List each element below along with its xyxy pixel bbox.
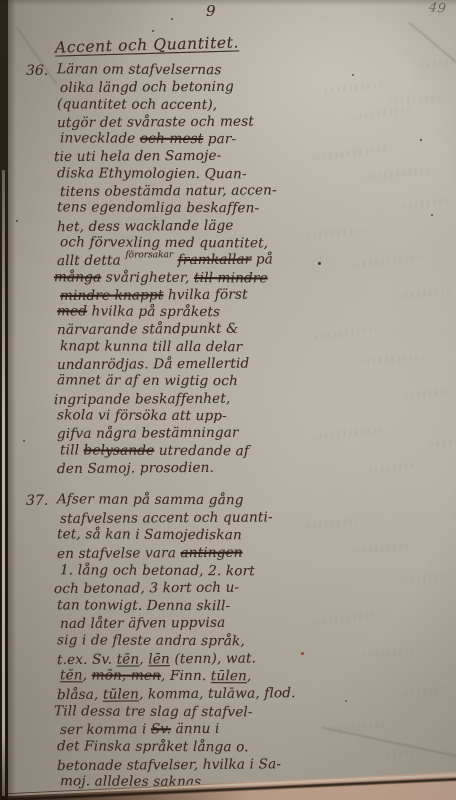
folio-number: 49 xyxy=(428,0,446,17)
text-segment: ingripande beskaffenhet, xyxy=(54,390,231,407)
text-segment: blåsa, xyxy=(57,687,103,703)
text-segment: Sv. xyxy=(151,722,171,738)
manuscript-line: Afser man på samma gång xyxy=(57,491,330,510)
show-through-mark xyxy=(352,106,412,121)
manuscript-line: betonade stafvelser, hvilka i Sa- xyxy=(57,756,330,776)
text-segment: , xyxy=(247,669,252,685)
text-segment: ämnet är af en wigtig och xyxy=(57,373,238,390)
text-segment: gifva några bestämningar xyxy=(57,425,239,442)
show-through-mark xyxy=(388,94,443,106)
manuscript-line: och förvexling med quantitet, xyxy=(60,234,330,253)
show-through-mark xyxy=(368,747,426,759)
text-segment: titens obestämda natur, accen- xyxy=(60,182,277,200)
show-through-mark xyxy=(398,572,448,584)
manuscript-line: skola vi försöka att upp- xyxy=(57,407,330,426)
text-segment: hvilka först xyxy=(163,286,247,303)
text-segment: 1. lång och betonad, 2. kort xyxy=(60,562,255,579)
manuscript-line: den Samoj. prosodien. xyxy=(57,459,330,478)
text-segment: mōn, men xyxy=(92,668,161,684)
text-segment: hvilka på språkets xyxy=(87,304,220,321)
text-segment: tūlen xyxy=(211,668,247,684)
text-segment: nad låter äfven uppvisa xyxy=(60,615,225,632)
manuscript-line: diska Ethymologien. Quan- xyxy=(57,165,330,184)
paragraph-number: 37. xyxy=(26,493,48,509)
manuscript-line: till belysande utredande af xyxy=(60,442,330,461)
text-segment: , komma, tulāwa, flod. xyxy=(139,685,296,702)
manuscript-line: (quantitet och accent), xyxy=(57,96,330,115)
manuscript-line: 1. lång och betonad, 2. kort xyxy=(60,562,330,581)
text-segment: tĕn xyxy=(60,668,83,684)
show-through-mark xyxy=(398,287,452,300)
manuscript-line: tie uti hela den Samoje- xyxy=(54,147,330,166)
text-segment: stafvelsens accent och quanti- xyxy=(60,509,273,527)
show-through-mark xyxy=(404,387,451,400)
ink-speck xyxy=(152,30,154,32)
text-segment: betonade stafvelser, hvilka i Sa- xyxy=(57,756,281,774)
manuscript-line: sig i de fleste andra språk, xyxy=(57,632,330,651)
text-segment: och betonad, 3 kort och u- xyxy=(54,580,239,597)
text-segment: sig i de fleste andra språk, xyxy=(57,632,245,649)
manuscript-line: tĕn, mōn, men, Finn. tūlen, xyxy=(60,668,330,687)
page-edge-highlight xyxy=(2,170,5,796)
text-segment: närvarande ståndpunkt & xyxy=(57,321,238,338)
manuscript-line: olika längd och betoning xyxy=(60,78,330,97)
manuscript-photo: 9 49 Accent och Quantitet. 36.Läran om s… xyxy=(0,0,456,800)
text-segment: många xyxy=(54,269,101,285)
manuscript-line: het, dess wacklande läge xyxy=(57,217,330,236)
text-segment: , xyxy=(83,668,92,684)
text-segment: Afser man på samma gång xyxy=(57,491,244,508)
text-segment: på xyxy=(251,252,273,268)
text-segment: tens egendomliga beskaffen- xyxy=(57,200,259,217)
page-number: 9 xyxy=(206,2,216,20)
text-segment: utgör det svåraste och mest xyxy=(57,113,254,131)
manuscript-line: utgör det svåraste och mest xyxy=(57,113,330,132)
paragraph-number: 36. xyxy=(26,63,48,79)
text-segment: Läran om stafvelsernas xyxy=(57,61,222,78)
text-segment: undanrödjas. Då emellertid xyxy=(57,356,249,374)
show-through-mark xyxy=(398,685,454,699)
show-through-mark xyxy=(350,254,422,270)
manuscript-line: tens egendomliga beskaffen- xyxy=(57,200,330,219)
text-segment: mindre knappt xyxy=(60,287,164,304)
manuscript-line: gifva några bestämningar xyxy=(57,424,330,443)
text-segment: ännu i xyxy=(171,721,220,737)
section-title: Accent och Quantitet. xyxy=(55,33,239,56)
ink-speck xyxy=(420,139,422,141)
spine-shadow xyxy=(8,0,16,800)
text-segment: utredande af xyxy=(154,442,249,458)
manuscript-line: det Finska språket långa o. xyxy=(57,738,330,757)
text-segment: till xyxy=(60,442,84,458)
text-segment: den Samoj. prosodien. xyxy=(57,460,214,477)
manuscript-line: mindre knappt hvilka först xyxy=(60,286,330,305)
manuscript-line: närvarande ståndpunkt & xyxy=(57,320,330,339)
text-segment: invecklade xyxy=(60,130,140,146)
text-segment: tan tonwigt. Denna skill- xyxy=(57,597,230,614)
text-segment: diska Ethymologien. Quan- xyxy=(57,165,247,182)
text-segment: och mest xyxy=(140,131,204,147)
ink-speck xyxy=(352,74,354,76)
text-segment: par- xyxy=(203,131,236,147)
text-segment: (tenn), wat. xyxy=(170,650,256,667)
manuscript-line: och betonad, 3 kort och u- xyxy=(54,579,330,599)
text-segment: skola vi försöka att upp- xyxy=(57,407,227,424)
text-segment: tēn xyxy=(117,651,140,667)
text-segment: (quantitet och accent), xyxy=(57,96,217,113)
text-segment: tŭlen xyxy=(103,686,139,702)
text-segment: tet, så kan i Samojediskan xyxy=(57,527,242,544)
manuscript-line: blåsa, tŭlen, komma, tulāwa, flod. xyxy=(57,685,330,705)
text-segment: det Finska språket långa o. xyxy=(57,738,249,755)
text-segment: lēn xyxy=(148,651,170,667)
manuscript-line: nad låter äfven uppvisa xyxy=(60,614,330,634)
text-segment: knapt kunna till alla delar xyxy=(60,338,242,355)
text-segment: med xyxy=(57,303,87,319)
manuscript-line: allt detta förorsakar framkallar på xyxy=(57,251,330,270)
paragraph: 37.Afser man på samma gångstafvelsens ac… xyxy=(0,492,330,792)
paragraph: 36.Läran om stafvelsernasolika längd och… xyxy=(0,62,330,477)
text-segment: svårigheter, xyxy=(101,269,194,285)
manuscript-line: knapt kunna till alla delar xyxy=(60,338,330,357)
text-segment: till mindre xyxy=(194,270,268,286)
show-through-mark xyxy=(402,197,451,211)
show-through-mark xyxy=(430,438,456,448)
text-segment: allt detta xyxy=(57,253,125,270)
text-segment: tie uti hela den Samoje- xyxy=(54,148,222,165)
ink-speck xyxy=(431,214,433,216)
show-through-mark xyxy=(350,541,414,556)
text-segment: en stafvelse vara xyxy=(57,545,181,562)
show-through-mark xyxy=(420,58,456,70)
ink-speck xyxy=(345,700,347,702)
text-segment: framkallar xyxy=(178,252,252,269)
manuscript-line: många svårigheter, till mindre xyxy=(54,269,330,288)
show-through-mark xyxy=(365,166,435,180)
show-through-mark xyxy=(362,461,422,476)
text-segment: och förvexling med quantitet, xyxy=(60,234,268,251)
show-through-mark xyxy=(360,353,424,366)
text-segment: t.ex. Sv. xyxy=(57,651,117,667)
manuscript-line: Läran om stafvelsernas xyxy=(57,61,330,80)
manuscript-line: Till dessa tre slag af stafvel- xyxy=(54,703,330,722)
show-through-mark xyxy=(356,647,418,659)
manuscript-line: ser komma i Sv. ännu i xyxy=(60,720,330,740)
manuscript-line: en stafvelse vara antingen xyxy=(57,544,330,564)
manuscript-line: ingripande beskaffenhet, xyxy=(54,390,330,409)
text-segment: förorsakar xyxy=(125,250,173,260)
text-segment: ser komma i xyxy=(60,722,151,739)
text-segment: Till dessa tre slag af stafvel- xyxy=(54,703,253,720)
ink-speck xyxy=(171,18,173,20)
manuscript-line: tet, så kan i Samojediskan xyxy=(57,527,330,546)
text-segment: belysande xyxy=(84,442,155,458)
manuscript-line: undanrödjas. Då emellertid xyxy=(57,355,330,374)
manuscript-line: stafvelsens accent och quanti- xyxy=(60,509,330,529)
text-segment: olika längd och betoning xyxy=(60,79,234,96)
text-segment: antingen xyxy=(180,545,242,561)
text-segment: het, dess wacklande läge xyxy=(57,217,234,234)
text-segment: , Finn. xyxy=(161,668,211,684)
manuscript-line: ämnet är af en wigtig och xyxy=(57,373,330,392)
